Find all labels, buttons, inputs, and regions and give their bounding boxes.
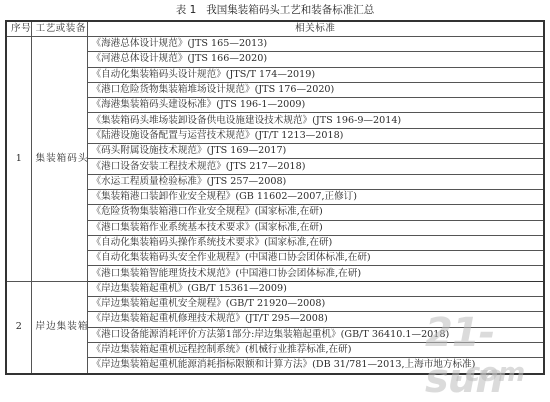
table-row: 《危险货物集装箱港口作业安全规程》(国家标准,在研)	[6, 205, 544, 220]
group-category: 集装箱码头总体要求	[31, 37, 87, 282]
group-seq: 1	[6, 37, 31, 282]
group-1: 1 集装箱码头总体要求 《海港总体设计规范》(JTS 165—2013) 《河港…	[6, 37, 544, 282]
standard-item: 《码头附属设施技术规范》(JTS 169—2017)	[87, 144, 544, 159]
group-2: 2 岸边集装箱起重机 《岸边集装箱起重机》(GB/T 15361—2009) 《…	[6, 281, 544, 373]
table-row: 《岸边集装箱起重机安全规程》(GB/T 21920—2008)	[6, 297, 544, 312]
standard-item: 《港口集装箱作业系统基本技术要求》(国家标准,在研)	[87, 220, 544, 235]
table-title: 我国集装箱码头工艺和装备标准汇总	[206, 4, 374, 16]
table-row: 《港口集装箱智能理货技术规范》(中国港口协会团体标准,在研)	[6, 266, 544, 281]
standard-item: 《自动化集装箱码头安全作业规程》(中国港口协会团体标准,在研)	[87, 251, 544, 266]
header-standards: 相关标准	[87, 21, 544, 37]
standard-item: 《陆港设施设备配置与运营技术规范》(JT/T 1213—2018)	[87, 128, 544, 143]
table-row: 《港口集装箱作业系统基本技术要求》(国家标准,在研)	[6, 220, 544, 235]
standard-item: 《危险货物集装箱港口作业安全规程》(国家标准,在研)	[87, 205, 544, 220]
standard-item: 《自动化集装箱码头操作系统技术要求》(国家标准,在研)	[87, 235, 544, 250]
standard-item: 《海港总体设计规范》(JTS 165—2013)	[87, 37, 544, 52]
standard-item: 《河港总体设计规范》(JTS 166—2020)	[87, 52, 544, 67]
standards-table: 序号 工艺或装备 相关标准 1 集装箱码头总体要求 《海港总体设计规范》(JTS…	[5, 20, 545, 375]
table-caption: 表 1我国集装箱码头工艺和装备标准汇总	[0, 2, 550, 18]
table-row: 《岸边集装箱起重机远程控制系统》(机械行业推荐标准,在研)	[6, 342, 544, 357]
table-row: 《集装箱码头堆场装卸设备供电设施建设技术规范》(JTS 196-9—2014)	[6, 113, 544, 128]
table-row: 《自动化集装箱码头操作系统技术要求》(国家标准,在研)	[6, 235, 544, 250]
standard-item: 《港口设备安装工程技术规范》(JTS 217—2018)	[87, 159, 544, 174]
table-row: 《岸边集装箱起重机修理技术规范》(JT/T 295—2008)	[6, 312, 544, 327]
table-row: 《海港集装箱码头建设标准》(JTS 196-1—2009)	[6, 98, 544, 113]
table-row: 《港口设备能源消耗评价方法第1部分:岸边集装箱起重机》(GB/T 36410.1…	[6, 327, 544, 342]
table-row: 1 集装箱码头总体要求 《海港总体设计规范》(JTS 165—2013)	[6, 37, 544, 52]
header-category: 工艺或装备	[31, 21, 87, 37]
header-seq: 序号	[6, 21, 31, 37]
standard-item: 《岸边集装箱起重机远程控制系统》(机械行业推荐标准,在研)	[87, 342, 544, 357]
table-row: 《自动化集装箱码头设计规范》(JTS/T 174—2019)	[6, 67, 544, 82]
standard-item: 《岸边集装箱起重机修理技术规范》(JT/T 295—2008)	[87, 312, 544, 327]
table-row: 《港口危险货物集装箱堆场设计规范》(JTS 176—2020)	[6, 82, 544, 97]
standard-item: 《岸边集装箱起重机》(GB/T 15361—2009)	[87, 281, 544, 296]
table-row: 《河港总体设计规范》(JTS 166—2020)	[6, 52, 544, 67]
standard-item: 《港口设备能源消耗评价方法第1部分:岸边集装箱起重机》(GB/T 36410.1…	[87, 327, 544, 342]
standard-item: 《岸边集装箱起重机能源消耗指标限额和计算方法》(DB 31/781—2013,上…	[87, 358, 544, 374]
standard-item: 《集装箱港口装卸作业安全规程》(GB 11602—2007,正修订)	[87, 189, 544, 204]
table-row: 《陆港设施设备配置与运营技术规范》(JT/T 1213—2018)	[6, 128, 544, 143]
table-row: 《自动化集装箱码头安全作业规程》(中国港口协会团体标准,在研)	[6, 251, 544, 266]
group-seq: 2	[6, 281, 31, 373]
table-row: 《集装箱港口装卸作业安全规程》(GB 11602—2007,正修订)	[6, 189, 544, 204]
table-row: 2 岸边集装箱起重机 《岸边集装箱起重机》(GB/T 15361—2009)	[6, 281, 544, 296]
group-category: 岸边集装箱起重机	[31, 281, 87, 373]
table-row: 《码头附属设施技术规范》(JTS 169—2017)	[6, 144, 544, 159]
table-row: 《岸边集装箱起重机能源消耗指标限额和计算方法》(DB 31/781—2013,上…	[6, 358, 544, 374]
table-row: 《水运工程质量检验标准》(JTS 257—2008)	[6, 174, 544, 189]
table-row: 《港口设备安装工程技术规范》(JTS 217—2018)	[6, 159, 544, 174]
table-number: 表 1	[176, 4, 197, 16]
standard-item: 《岸边集装箱起重机安全规程》(GB/T 21920—2008)	[87, 297, 544, 312]
standard-item: 《海港集装箱码头建设标准》(JTS 196-1—2009)	[87, 98, 544, 113]
standard-item: 《水运工程质量检验标准》(JTS 257—2008)	[87, 174, 544, 189]
standard-item: 《集装箱码头堆场装卸设备供电设施建设技术规范》(JTS 196-9—2014)	[87, 113, 544, 128]
standard-item: 《港口集装箱智能理货技术规范》(中国港口协会团体标准,在研)	[87, 266, 544, 281]
standard-item: 《自动化集装箱码头设计规范》(JTS/T 174—2019)	[87, 67, 544, 82]
header-row: 序号 工艺或装备 相关标准	[6, 21, 544, 37]
standard-item: 《港口危险货物集装箱堆场设计规范》(JTS 176—2020)	[87, 82, 544, 97]
